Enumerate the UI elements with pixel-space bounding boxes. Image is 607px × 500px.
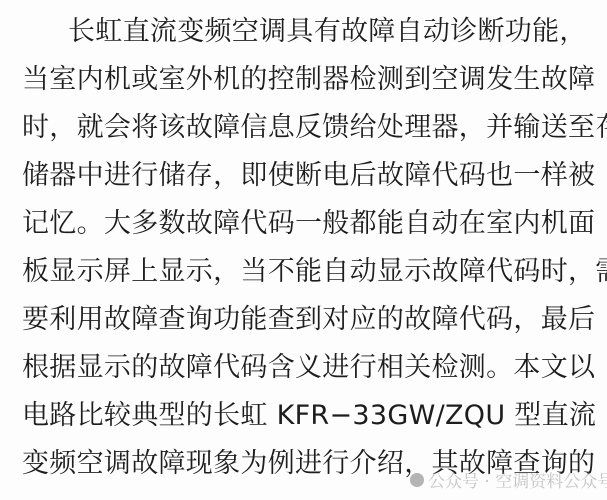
paragraph-line-3: 时，就会将该故障信息反馈给处理器，并输送至存 bbox=[22, 104, 592, 152]
watermark-text: 公众号 · 空调资料公众号 bbox=[428, 467, 607, 492]
watermark: 公众号 · 空调资料公众号 bbox=[410, 467, 607, 492]
paragraph-line-2: 当室内机或室外机的控制器检测到空调发生故障 bbox=[22, 56, 592, 104]
document-page: 长虹直流变频空调具有故障自动诊断功能， 当室内机或室外机的控制器检测到空调发生故… bbox=[0, 0, 607, 500]
paragraph-line-1: 长虹直流变频空调具有故障自动诊断功能， bbox=[68, 8, 607, 56]
paragraph-line-9: 电路比较典型的长虹 KFR−33GW/ZQU 型直流 bbox=[22, 392, 592, 440]
paragraph-line-8: 根据显示的故障代码含义进行相关检测。本文以 bbox=[22, 344, 592, 392]
paragraph-line-5: 记忆。大多数故障代码一般都能自动在室内机面 bbox=[22, 200, 592, 248]
paragraph-line-6: 板显示屏上显示，当不能自动显示故障代码时，需 bbox=[22, 248, 592, 296]
paragraph-line-4: 储器中进行储存，即使断电后故障代码也一样被 bbox=[22, 152, 592, 200]
wechat-official-account-icon bbox=[410, 473, 424, 487]
paragraph-line-7: 要利用故障查询功能查到对应的故障代码，最后 bbox=[22, 296, 592, 344]
